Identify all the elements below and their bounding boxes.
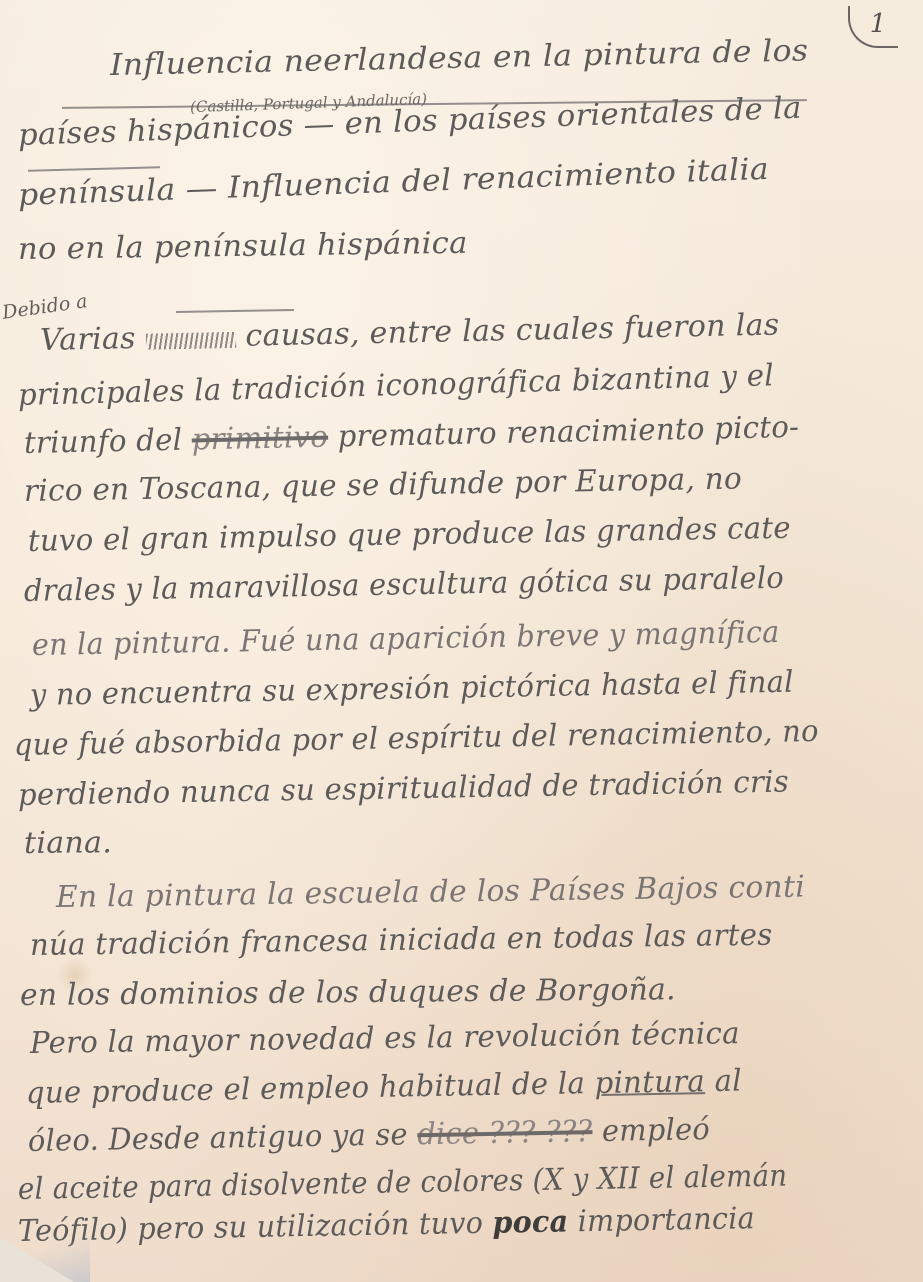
p1-line-6: drales y la maravillosa escultura gótica… [24, 561, 785, 609]
folded-corner-shadow [0, 1232, 90, 1282]
p1-line-4: rico en Toscana, que se difunde por Euro… [24, 461, 743, 509]
p1-line-11: tiana. [24, 825, 112, 861]
title-line-3-text: península — Influencia del renacimiento … [17, 152, 769, 213]
scribbled-deletion [146, 332, 236, 350]
title-line-4-text: no en la península hispánica [18, 226, 468, 267]
title-underline-short [28, 166, 160, 171]
title-line-2-a: países hispánicos [17, 108, 294, 153]
p1-line-3-struck: primitivo [191, 420, 328, 458]
p1-line-7: en la pintura. Fué una aparición breve y… [32, 615, 780, 663]
p3-line-3: óleo. Desde antiguo ya se dice ??? ??? e… [28, 1112, 711, 1159]
p3-line-3-struck: dice ??? ??? [417, 1114, 593, 1152]
p1-line-9: que fué absorbida por el espíritu del re… [14, 714, 819, 763]
p3-line-4: el aceite para disolvente de colores (X … [18, 1159, 788, 1207]
p3-line-5-bold: poca [492, 1204, 569, 1240]
page-number: 1 [848, 6, 898, 48]
p2-line-3: en los dominios de los duques de Borgoña… [20, 972, 676, 1013]
title-line-3: península — Influencia del renacimiento … [17, 152, 769, 213]
p3-line-3-b: empleó [592, 1112, 710, 1149]
p1-line-1: Varias causas, entre las cuales fueron l… [40, 308, 780, 358]
title-line-1-text: Influencia neerlandesa en la pintura de … [110, 33, 809, 83]
p1-line-3: triunfo del primitivo prematuro renacimi… [24, 410, 800, 461]
p1-line-8: y no encuentra su expresión pictórica ha… [30, 665, 794, 713]
overline-mark [176, 309, 294, 313]
p1-line-1-b: causas, entre las cuales fueron las [245, 308, 780, 354]
title-line-4: no en la península hispánica [18, 226, 468, 267]
p2-line-1: En la pintura la escuela de los Países B… [56, 870, 805, 915]
margin-note: Debido a [1, 290, 89, 324]
p1-line-3-a: triunfo del [24, 422, 193, 461]
p3-line-2: que produce el empleo habitual de la pin… [26, 1064, 742, 1111]
p3-line-2-underlined: pintura [594, 1064, 705, 1101]
p3-line-2-a: que produce el empleo habitual de la [26, 1066, 595, 1111]
p1-line-10: perdiendo nunca su espiritualidad de tra… [18, 765, 790, 813]
title-line-1: Influencia neerlandesa en la pintura de … [110, 33, 809, 83]
p3-line-5: Teófilo) pero su utilización tuvo poca i… [18, 1201, 755, 1249]
p3-line-5-b: importancia [568, 1201, 755, 1239]
p3-line-1: Pero la mayor novedad es la revolución t… [30, 1016, 740, 1061]
p1-line-2: principales la tradición iconográfica bi… [18, 358, 775, 413]
p1-line-1-a: Varias [40, 321, 137, 358]
p1-line-5: tuvo el gran impulso que produce las gra… [28, 511, 791, 559]
p3-line-3-a: óleo. Desde antiguo ya se [28, 1117, 418, 1159]
p2-line-2: núa tradición francesa iniciada en todas… [30, 918, 773, 963]
p3-line-2-b: al [705, 1064, 742, 1100]
p1-line-3-b: prematuro renacimiento picto- [328, 410, 800, 455]
manuscript-page: 1 Influencia neerlandesa en la pintura d… [0, 0, 923, 1282]
